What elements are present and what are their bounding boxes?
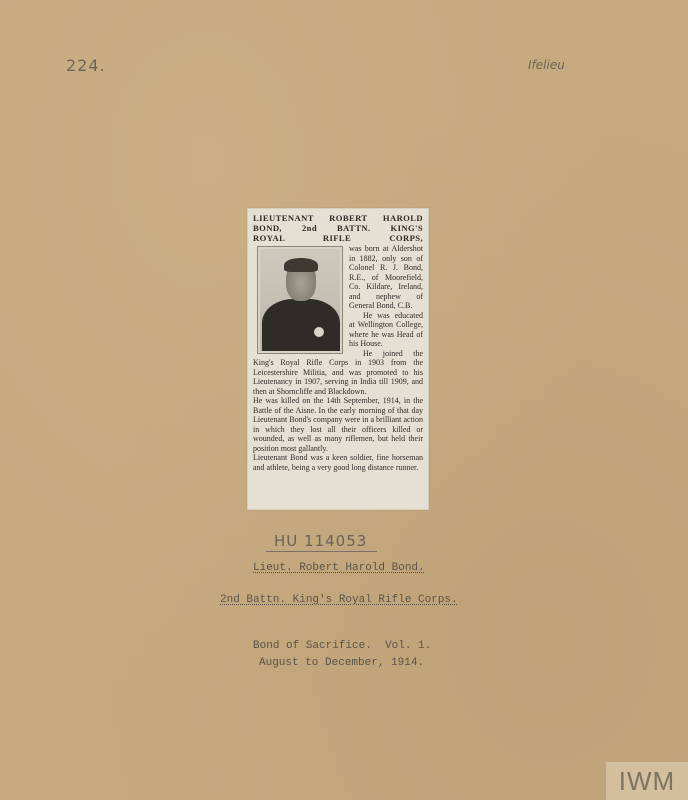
reference-number: HU 114053 bbox=[266, 532, 377, 552]
heading-line: LIEUTENANT ROBERT HAROLD bbox=[253, 213, 423, 223]
typed-date-range: August to December, 1914. bbox=[259, 657, 424, 669]
clipping-paragraph: He joined the King's Royal Rifle Corps i… bbox=[253, 349, 423, 397]
typed-source: Bond of Sacrifice. Vol. 1. bbox=[253, 640, 431, 652]
heading-line: ROYAL RIFLE CORPS, bbox=[253, 233, 423, 243]
clipping-paragraph: Lieutenant Bond was a keen soldier, fine… bbox=[253, 453, 423, 472]
album-page: 224. Ifelieu LIEUTENANT ROBERT HAROLD BO… bbox=[0, 0, 688, 800]
clipping-body: was born at Aldershot in 1882, only son … bbox=[253, 244, 423, 472]
corner-note: Ifelieu bbox=[528, 58, 565, 72]
clipping-paragraph: He was killed on the 14th September, 191… bbox=[253, 396, 423, 453]
portrait-photo bbox=[257, 246, 343, 354]
heading-line: BOND, 2nd BATTN. KING'S bbox=[253, 223, 423, 233]
page-number: 224. bbox=[66, 56, 106, 75]
typed-unit: 2nd Battn. King's Royal Rifle Corps. bbox=[220, 594, 458, 606]
portrait-image bbox=[260, 249, 340, 351]
newspaper-clipping: LIEUTENANT ROBERT HAROLD BOND, 2nd BATTN… bbox=[247, 208, 429, 510]
clipping-heading: LIEUTENANT ROBERT HAROLD BOND, 2nd BATTN… bbox=[253, 213, 423, 243]
iwm-watermark-logo: IWM bbox=[606, 762, 688, 800]
typed-name: Lieut. Robert Harold Bond. bbox=[253, 562, 425, 574]
